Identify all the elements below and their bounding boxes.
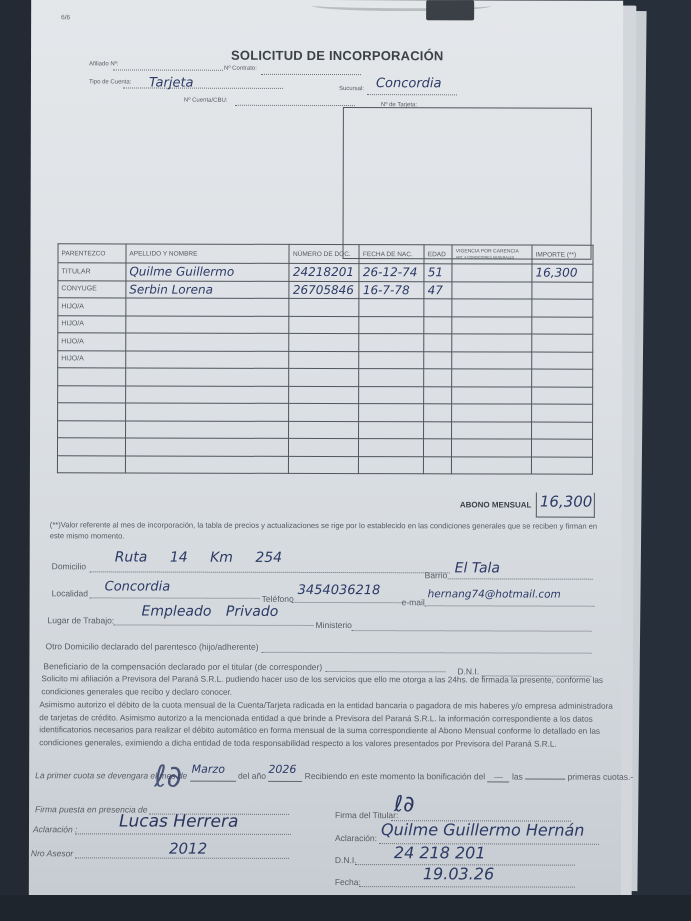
cell-doc[interactable]: 24218201 <box>289 263 359 281</box>
cell-importe[interactable] <box>531 439 592 457</box>
cell-vigencia[interactable] <box>452 404 532 422</box>
beneficiario-field[interactable] <box>325 671 445 672</box>
cell-importe[interactable] <box>532 317 593 335</box>
cell-parentesco[interactable] <box>58 385 126 403</box>
afiliado-field[interactable] <box>113 69 223 70</box>
cell-nombre[interactable]: Serbin Lorena <box>126 280 290 298</box>
lugar-trabajo-label: Lugar de Trabajo: <box>48 615 115 625</box>
bonificacion-field[interactable]: — <box>488 771 510 782</box>
cell-doc[interactable] <box>289 351 359 369</box>
tipo-cuenta-field[interactable] <box>123 87 283 88</box>
cell-parentesco[interactable] <box>57 438 125 456</box>
cell-fecha-nac[interactable] <box>359 386 424 404</box>
cell-parentesco[interactable] <box>58 420 126 438</box>
bonificacion-label: Recibiendo en este momento la bonificaci… <box>305 771 486 781</box>
cell-doc[interactable] <box>289 386 359 404</box>
cell-edad[interactable] <box>424 439 452 457</box>
cell-fecha-nac[interactable] <box>359 351 424 369</box>
header-parentesco: PARENTEZCO <box>58 244 126 263</box>
cell-edad[interactable] <box>424 351 452 369</box>
cell-edad[interactable] <box>424 299 452 317</box>
cell-vigencia[interactable] <box>452 421 532 439</box>
cell-parentesco[interactable]: TITULAR <box>58 263 126 281</box>
asesor-label: Nro Asesor <box>31 848 73 858</box>
form-title: SOLICITUD DE INCORPORACIÓN <box>231 48 444 64</box>
firma-titular-label: Firma del Titular: <box>335 810 398 820</box>
telefono-value: 3454036218 <box>298 583 381 598</box>
cell-edad[interactable] <box>424 421 452 439</box>
asesor-value: 2012 <box>169 840 207 858</box>
tipo-cuenta-value: Tarjeta <box>149 76 194 91</box>
cell-nombre[interactable] <box>125 420 289 438</box>
cell-doc[interactable] <box>289 403 359 421</box>
cell-vigencia[interactable] <box>452 439 532 457</box>
header-importe: IMPORTE (**) <box>532 245 593 264</box>
fecha-label: Fecha: <box>335 877 361 887</box>
cell-vigencia[interactable] <box>452 334 532 352</box>
header-vigencia-label: VIGENCIA POR CARENCIA <box>456 248 519 254</box>
header-edad: EDAD <box>424 245 452 264</box>
cell-importe[interactable]: 16,300 <box>532 264 593 282</box>
cell-importe[interactable] <box>532 404 593 422</box>
cell-fecha-nac[interactable] <box>359 299 424 317</box>
cell-nombre[interactable] <box>126 368 290 386</box>
cell-fecha-nac[interactable] <box>359 456 424 474</box>
cell-fecha-nac[interactable] <box>359 439 424 457</box>
cell-importe[interactable] <box>532 282 593 300</box>
cell-fecha-nac[interactable] <box>359 369 424 387</box>
cell-edad[interactable] <box>424 334 452 352</box>
clip <box>426 0 474 20</box>
sucursal-label: Sucursal: <box>339 86 364 92</box>
aclaracion-right-label: Aclaración: <box>335 833 377 843</box>
header-documento: NÚMERO DE DOC. <box>289 244 359 263</box>
cell-vigencia[interactable] <box>452 386 532 404</box>
table-row <box>58 420 593 439</box>
cell-nombre[interactable] <box>126 333 290 351</box>
cell-nombre[interactable]: Quilme Guillermo <box>126 263 290 281</box>
cell-edad[interactable] <box>424 404 452 422</box>
table-row <box>58 385 593 404</box>
cuotas-las-label: las <box>512 771 523 781</box>
table-row: CONYUGESerbin Lorena2670584616-7-7847 <box>58 280 593 299</box>
lugar-trabajo-value: Empleado Privado <box>142 604 279 620</box>
cell-nombre[interactable] <box>126 298 290 316</box>
table-row <box>58 368 593 387</box>
cell-parentesco[interactable] <box>58 403 126 421</box>
localidad-field[interactable] <box>90 597 260 598</box>
barrio-value: El Tala <box>455 560 500 576</box>
ministerio-label: Ministerio <box>316 620 352 630</box>
cell-parentesco[interactable] <box>57 455 125 473</box>
fecha-field[interactable] <box>359 886 575 888</box>
cuotas-field[interactable] <box>525 779 565 780</box>
cell-edad[interactable] <box>424 386 452 404</box>
telefono-label: Teléfono <box>262 594 294 604</box>
cell-fecha-nac[interactable] <box>359 421 424 439</box>
table-row: HIJO/A <box>58 333 593 352</box>
header-nombre: APELLIDO Y NOMBRE <box>126 244 290 263</box>
page-number: 6/6 <box>61 14 70 21</box>
cell-fecha-nac[interactable] <box>359 404 424 422</box>
cell-parentesco[interactable]: HIJO/A <box>58 350 126 368</box>
authorization-text: Asimismo autorizo el débito de la cuota … <box>39 699 619 751</box>
application-form-page: 6/6 SOLICITUD DE INCORPORACIÓN Afiliado … <box>29 0 623 898</box>
year-field[interactable]: 2026 <box>268 771 302 782</box>
lugar-trabajo-field[interactable] <box>114 624 314 626</box>
email-label: e-mail <box>402 597 425 607</box>
barrio-label: Barrio <box>425 570 448 580</box>
cell-importe[interactable] <box>531 457 592 475</box>
domicilio-value: Ruta 14 Km 254 <box>115 549 282 565</box>
cell-parentesco[interactable] <box>58 368 126 386</box>
table-row: HIJO/A <box>58 350 593 369</box>
cell-vigencia[interactable] <box>452 456 532 474</box>
cell-nombre[interactable] <box>126 350 290 368</box>
cell-importe[interactable] <box>532 369 593 387</box>
cell-nombre[interactable] <box>126 315 290 333</box>
cell-nombre[interactable] <box>125 438 289 456</box>
localidad-value: Concordia <box>105 579 171 594</box>
sucursal-field[interactable] <box>367 94 457 95</box>
cell-nombre[interactable] <box>125 455 289 473</box>
cell-edad[interactable]: 51 <box>424 264 452 282</box>
cuenta-cbu-label: Nº Cuenta/CBU: <box>184 98 228 104</box>
cell-vigencia[interactable] <box>452 316 532 334</box>
abono-mensual-value: 16,300 <box>540 493 593 511</box>
cell-parentesco[interactable]: HIJO/A <box>58 315 126 333</box>
cell-edad[interactable] <box>424 369 452 387</box>
email-field[interactable] <box>425 605 595 606</box>
cell-vigencia[interactable] <box>452 264 532 282</box>
cell-importe[interactable] <box>532 299 593 317</box>
cell-doc[interactable] <box>289 438 359 456</box>
cell-edad[interactable]: 47 <box>424 281 452 299</box>
cell-importe[interactable] <box>532 422 593 440</box>
cell-edad[interactable] <box>424 456 452 474</box>
aclaracion-right-value: Quilme Guillermo Hernán <box>381 820 584 840</box>
cell-fecha-nac[interactable]: 16-7-78 <box>359 281 424 299</box>
abono-mensual-label: ABONO MENSUAL <box>460 500 532 509</box>
domicilio-field[interactable] <box>90 571 450 573</box>
table-row <box>58 403 593 422</box>
header-vigencia: VIGENCIA POR CARENCIAART. 4 CONDICIONES … <box>452 245 532 264</box>
first-payment-line: La primer cuota se devengara el mes de M… <box>35 770 633 783</box>
cell-doc[interactable]: 26705846 <box>289 281 359 299</box>
cell-doc[interactable] <box>289 368 359 386</box>
aclaracion-left-field[interactable] <box>75 833 291 835</box>
cell-vigencia[interactable] <box>452 369 532 387</box>
telefono-field[interactable] <box>292 602 402 603</box>
month-field[interactable]: Marzo <box>190 771 236 782</box>
advisor-signature: ℓ∂ <box>154 760 182 795</box>
background-surface <box>0 895 691 921</box>
cell-doc[interactable] <box>289 316 359 334</box>
cuenta-cbu-field[interactable] <box>235 105 355 106</box>
cell-vigencia[interactable] <box>452 299 532 317</box>
table-row: HIJO/A <box>58 315 593 334</box>
localidad-label: Localidad <box>52 588 88 598</box>
cell-vigencia[interactable] <box>452 281 532 299</box>
header-fecha-nac: FECHA DE NAC. <box>359 245 424 264</box>
cell-parentesco[interactable]: HIJO/A <box>58 333 126 351</box>
card-photo-box <box>342 107 591 260</box>
header-vigencia-sub: ART. 4 CONDICIONES GENERALES <box>456 255 514 259</box>
beneficiario-label: Beneficiario de la compensación declarad… <box>43 661 322 672</box>
cell-doc[interactable] <box>289 298 359 316</box>
dni-value: 24 218 201 <box>394 843 486 862</box>
ministerio-field[interactable] <box>352 630 592 632</box>
sucursal-value: Concordia <box>376 76 442 91</box>
contrato-field[interactable] <box>261 74 361 75</box>
cell-doc[interactable] <box>289 456 359 474</box>
titular-signature: ℓ∂ <box>394 792 415 817</box>
affiliation-text: Solicito mi afiliación a Previsora del P… <box>41 673 619 700</box>
table-row <box>57 455 592 474</box>
month-value: Marzo <box>192 763 225 776</box>
contrato-label: Nº Contrato: <box>224 66 257 72</box>
cell-importe[interactable] <box>532 334 593 352</box>
cell-parentesco[interactable]: HIJO/A <box>58 298 126 316</box>
afiliado-label: Afiliado Nº: <box>89 61 119 67</box>
otro-domicilio-field[interactable] <box>261 652 591 654</box>
cell-doc[interactable] <box>289 333 359 351</box>
cell-fecha-nac[interactable]: 26-12-74 <box>359 264 424 282</box>
cell-nombre[interactable] <box>125 403 289 421</box>
fecha-value: 19.03.26 <box>423 864 494 883</box>
otro-domicilio-label: Otro Domicilio declarado del parentesco … <box>45 641 258 652</box>
cell-nombre[interactable] <box>126 385 290 403</box>
cell-fecha-nac[interactable] <box>359 316 424 334</box>
cuotas-suffix: primeras cuotas.- <box>568 772 634 782</box>
table-row <box>57 438 592 457</box>
dni-label: D.N.I. <box>335 855 357 865</box>
domicilio-label: Domicilio <box>52 561 87 571</box>
year-label: del año <box>238 771 266 781</box>
cell-vigencia[interactable] <box>452 351 532 369</box>
aclaracion-left-value: Lucas Herrera <box>119 811 238 831</box>
email-value: hernang74@hotmail.com <box>428 588 561 600</box>
cell-edad[interactable] <box>424 316 452 334</box>
table-row: HIJO/A <box>58 298 593 317</box>
table-row: TITULARQuilme Guillermo2421820126-12-745… <box>58 263 593 282</box>
cell-importe[interactable] <box>532 352 593 370</box>
members-table: PARENTEZCO APELLIDO Y NOMBRE NÚMERO DE D… <box>57 243 594 474</box>
tipo-cuenta-label: Tipo de Cuenta: <box>89 79 131 85</box>
cell-doc[interactable] <box>289 421 359 439</box>
cell-parentesco[interactable]: CONYUGE <box>58 280 126 298</box>
aclaracion-left-label: Aclaración : <box>33 824 77 834</box>
barrio-field[interactable] <box>448 578 593 579</box>
cell-fecha-nac[interactable] <box>359 334 424 352</box>
footnote: (**)Valor referente al mes de incorporac… <box>50 519 610 542</box>
cell-importe[interactable] <box>532 387 593 405</box>
year-value: 2026 <box>268 763 296 776</box>
table-header-row: PARENTEZCO APELLIDO Y NOMBRE NÚMERO DE D… <box>58 244 593 264</box>
